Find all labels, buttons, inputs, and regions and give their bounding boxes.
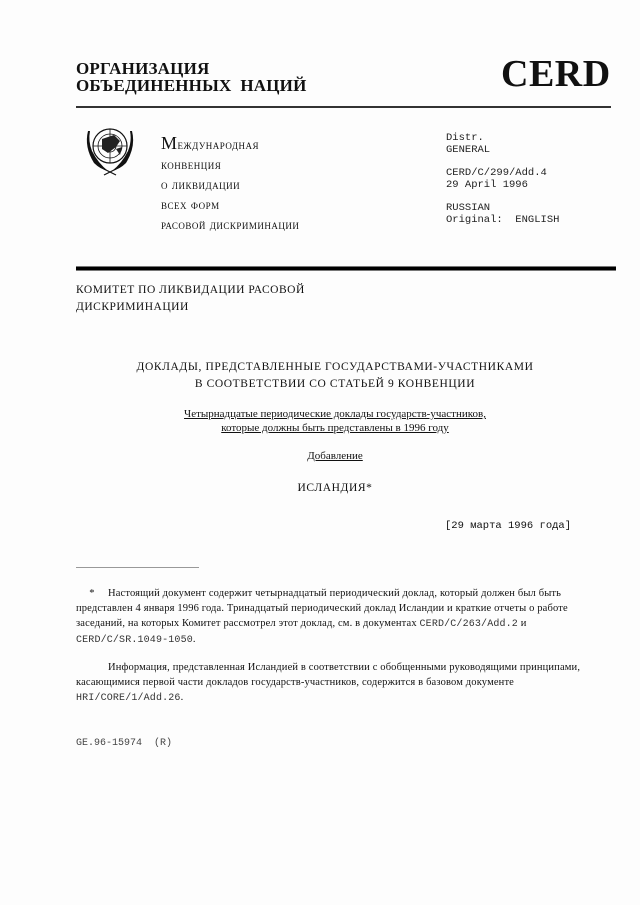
- section-divider: [76, 266, 616, 271]
- document-language: RUSSIAN: [446, 202, 559, 214]
- footnote-ref-2: CERD/C/SR.1049-1050: [76, 635, 193, 646]
- convention-line-1: еждународная: [178, 137, 260, 152]
- report-heading: ДОКЛАДЫ, ПРЕДСТАВЛЕННЫЕ ГОСУДАРСТВАМИ-УЧ…: [0, 359, 640, 393]
- footnotes: *Настоящий документ содержит четырнадцат…: [76, 586, 596, 718]
- organization-name: ОРГАНИЗАЦИЯ ОБЪЕДИНЕННЫХ НАЦИЙ: [76, 60, 307, 94]
- convention-title: Международная конвенция о ликвидации все…: [161, 133, 299, 235]
- distribution-value: GENERAL: [446, 144, 559, 156]
- addendum-label: Добавление: [0, 450, 640, 462]
- report-subheading-line-2: которые должны быть представлены в 1996 …: [221, 422, 449, 434]
- cerd-acronym: CERD: [501, 52, 611, 96]
- report-subheading: Четырнадцатые периодические доклады госу…: [0, 407, 640, 435]
- footnote-1-end: .: [193, 634, 196, 645]
- distribution-label: Distr.: [446, 132, 559, 144]
- footnote-1: *Настоящий документ содержит четырнадцат…: [76, 586, 596, 648]
- organization-line-1: ОРГАНИЗАЦИЯ: [76, 60, 307, 77]
- convention-line-5: расовой дискриминации: [161, 215, 299, 235]
- convention-initial: М: [161, 133, 178, 153]
- footnote-2-end: .: [181, 692, 184, 703]
- un-emblem-icon: [78, 117, 142, 181]
- document-metadata: Distr. GENERAL CERD/C/299/Add.4 29 April…: [446, 132, 559, 226]
- committee-line-1: КОМИТЕТ ПО ЛИКВИДАЦИИ РАСОВОЙ: [76, 282, 305, 299]
- footnote-conjunction: и: [518, 618, 527, 629]
- document-symbol: CERD/C/299/Add.4: [446, 167, 559, 179]
- document-id: GE.96-15974 (R): [76, 738, 172, 749]
- document-date: 29 April 1996: [446, 179, 559, 191]
- original-language: Original: ENGLISH: [446, 214, 559, 226]
- report-date: [29 марта 1996 года]: [445, 520, 571, 532]
- report-subheading-line-1: Четырнадцатые периодические доклады госу…: [184, 408, 486, 420]
- footnote-divider: [76, 567, 199, 568]
- convention-line-2: конвенция: [161, 155, 299, 175]
- footnote-ref-1: CERD/C/263/Add.2: [420, 619, 518, 630]
- country-name: ИСЛАНДИЯ*: [0, 482, 640, 494]
- report-heading-line-1: ДОКЛАДЫ, ПРЕДСТАВЛЕННЫЕ ГОСУДАРСТВАМИ-УЧ…: [0, 359, 640, 376]
- header-divider: [76, 106, 611, 108]
- footnote-marker: *: [76, 586, 108, 601]
- report-heading-line-2: В СООТВЕТСТВИИ СО СТАТЬЕЙ 9 КОНВЕНЦИИ: [0, 376, 640, 393]
- organization-line-2: ОБЪЕДИНЕННЫХ НАЦИЙ: [76, 77, 307, 94]
- footnote-ref-3: HRI/CORE/1/Add.26: [76, 693, 181, 704]
- convention-line-3: о ликвидации: [161, 175, 299, 195]
- committee-name: КОМИТЕТ ПО ЛИКВИДАЦИИ РАСОВОЙ ДИСКРИМИНА…: [76, 282, 305, 316]
- footnote-2-text: Информация, представленная Исландией в с…: [76, 662, 580, 688]
- committee-line-2: ДИСКРИМИНАЦИИ: [76, 299, 305, 316]
- footnote-2: Информация, представленная Исландией в с…: [76, 660, 596, 706]
- convention-line-4: всех форм: [161, 195, 299, 215]
